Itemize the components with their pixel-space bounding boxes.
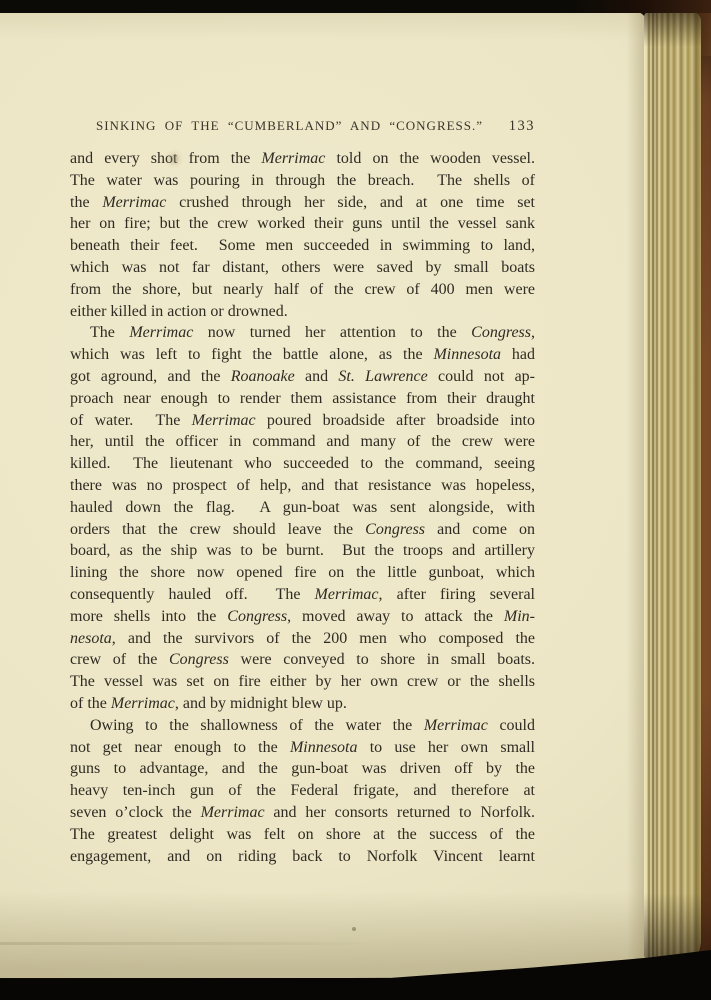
text-line: Owing to the shallowness of the water th… <box>70 715 535 737</box>
text-line: lining the shore now opened fire on the … <box>70 562 535 584</box>
book-page: SINKING OF THE “CUMBERLAND” AND “CONGRES… <box>0 12 646 978</box>
text-line: her, until the officer in command and ma… <box>70 431 535 453</box>
text-line: not get near enough to the Minnesota to … <box>70 737 535 759</box>
text-line: of water. The Merrimac poured broadside … <box>70 410 535 432</box>
text-line: got aground, and the Roanoake and St. La… <box>70 366 535 388</box>
text-line: seven o’clock the Merrimac and her conso… <box>70 802 535 824</box>
book-scan: SINKING OF THE “CUMBERLAND” AND “CONGRES… <box>0 0 711 1000</box>
text-column: SINKING OF THE “CUMBERLAND” AND “CONGRES… <box>70 118 535 867</box>
page-number: 133 <box>509 118 535 135</box>
paper-crease <box>0 942 380 945</box>
page-header: SINKING OF THE “CUMBERLAND” AND “CONGRES… <box>70 118 535 134</box>
text-line: The vessel was set on fire either by her… <box>70 671 535 693</box>
text-line: hauled down the flag. A gun-boat was sen… <box>70 497 535 519</box>
text-line: proach near enough to render them assist… <box>70 388 535 410</box>
text-line: of the Merrimac, and by midnight blew up… <box>70 693 535 715</box>
text-line: The water was pouring in through the bre… <box>70 170 535 192</box>
text-line: orders that the crew should leave the Co… <box>70 519 535 541</box>
text-line: which was not far distant, others were s… <box>70 257 535 279</box>
text-line: either killed in action or drowned. <box>70 301 535 323</box>
text-line: from the shore, but nearly half of the c… <box>70 279 535 301</box>
paper-smudge <box>170 155 178 163</box>
book-page-edges <box>644 9 701 959</box>
text-line: crew of the Congress were conveyed to sh… <box>70 649 535 671</box>
text-line: and every shot from the Merrimac told on… <box>70 148 535 170</box>
text-line: which was left to fight the battle alone… <box>70 344 535 366</box>
page-text: and every shot from the Merrimac told on… <box>70 148 535 867</box>
text-line: her on fire; but the crew worked their g… <box>70 213 535 235</box>
paper-speck <box>352 927 356 931</box>
text-line: the Merrimac crushed through her side, a… <box>70 192 535 214</box>
text-line: nesota, and the survivors of the 200 men… <box>70 628 535 650</box>
text-line: consequently hauled off. The Merrimac, a… <box>70 584 535 606</box>
text-line: beneath their feet. Some men succeeded i… <box>70 235 535 257</box>
text-line: guns to advantage, and the gun-boat was … <box>70 758 535 780</box>
text-line: heavy ten-inch gun of the Federal frigat… <box>70 780 535 802</box>
text-line: board, as the ship was to be burnt. But … <box>70 540 535 562</box>
text-line: killed. The lieutenant who succeeded to … <box>70 453 535 475</box>
text-line: The Merrimac now turned her attention to… <box>70 322 535 344</box>
text-line: engagement, and on riding back to Norfol… <box>70 846 535 868</box>
photo-shadow-top <box>0 0 711 13</box>
text-line: more shells into the Congress, moved awa… <box>70 606 535 628</box>
text-line: The greatest delight was felt on shore a… <box>70 824 535 846</box>
text-line: there was no prospect of help, and that … <box>70 475 535 497</box>
running-title: SINKING OF THE “CUMBERLAND” AND “CONGRES… <box>96 118 483 134</box>
